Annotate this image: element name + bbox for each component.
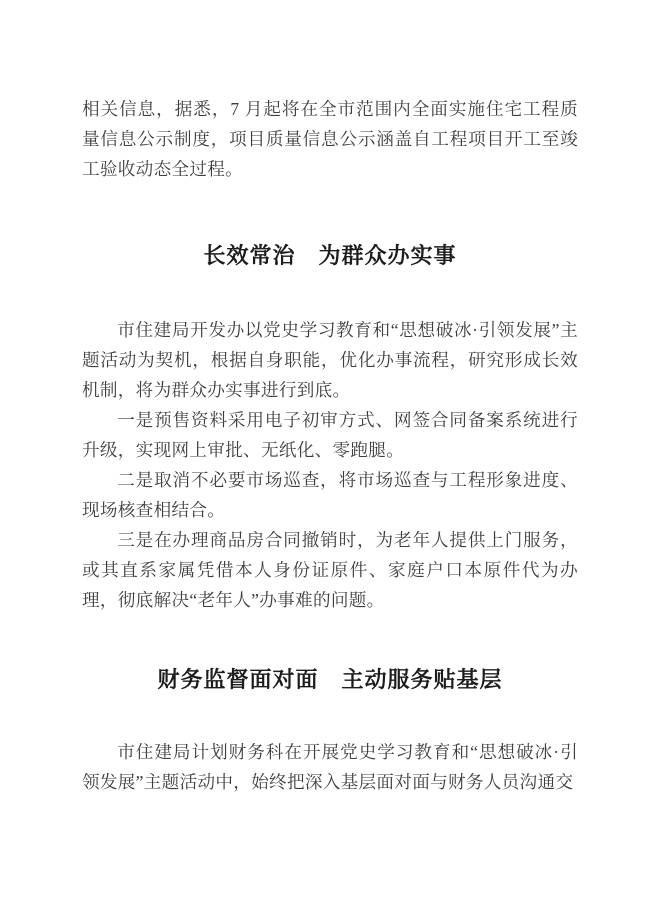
section-heading-long-term-governance: 长效常治 为群众办实事 bbox=[82, 239, 578, 273]
document-page: 相关信息，据悉，7 月起将在全市范围内全面实施住宅工程质量信息公示制度，项目质量… bbox=[0, 0, 646, 908]
paragraph-finance-section: 市住建局计划财务科在开展党史学习教育和“思想破冰·引领发展”主题活动中，始终把深… bbox=[82, 737, 578, 797]
paragraph-measure-one: 一是预售资料采用电子初审方式、网签合同备案系统进行升级，实现网上审批、无纸化、零… bbox=[82, 405, 578, 465]
paragraph-measure-three: 三是在办理商品房合同撤销时，为老年人提供上门服务，或其直系家属凭借本人身份证原件… bbox=[82, 525, 578, 615]
paragraph-measure-two: 二是取消不必要市场巡查，将市场巡查与工程形象进度、现场核查相结合。 bbox=[82, 465, 578, 525]
paragraph-intro-development-office: 市住建局开发办以党史学习教育和“思想破冰·引领发展”主题活动为契机，根据自身职能… bbox=[82, 315, 578, 405]
paragraph-continuation: 相关信息，据悉，7 月起将在全市范围内全面实施住宅工程质量信息公示制度，项目质量… bbox=[82, 94, 578, 184]
section-heading-financial-supervision: 财务监督面对面 主动服务贴基层 bbox=[82, 663, 578, 697]
